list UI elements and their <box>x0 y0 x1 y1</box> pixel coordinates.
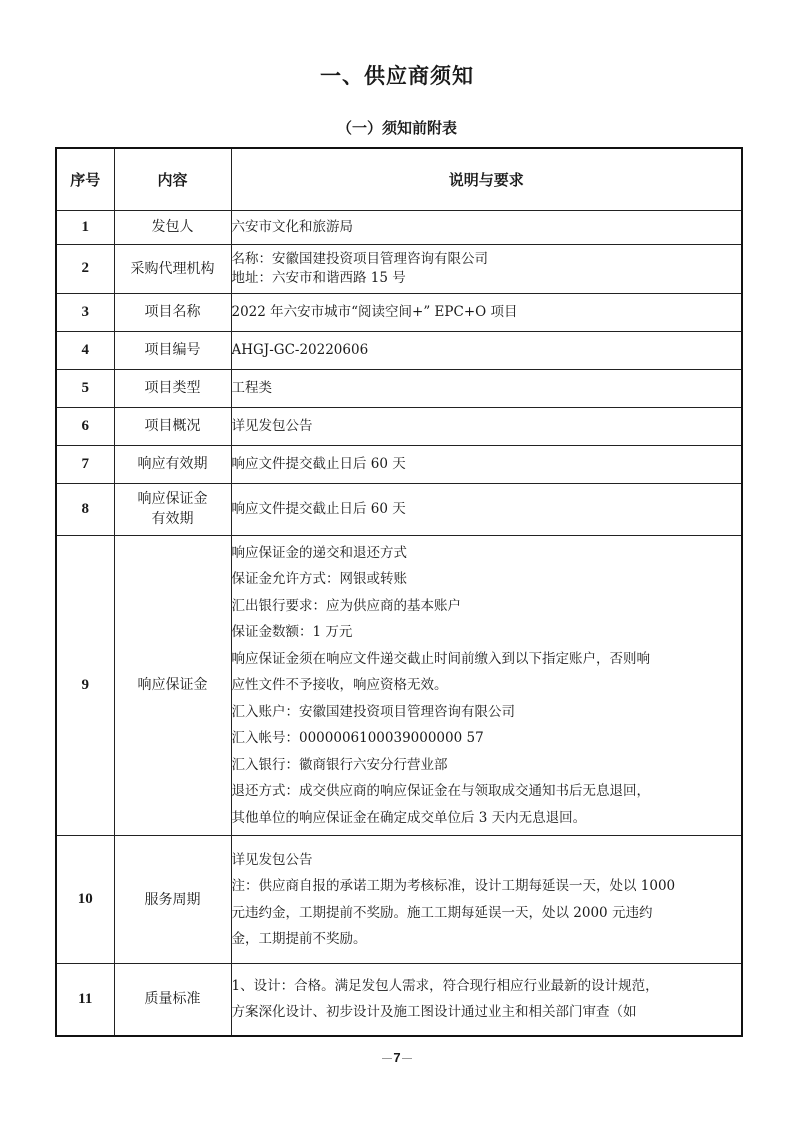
header-item: 内容 <box>114 148 231 210</box>
row-item-text: 响应有效期 <box>115 454 231 474</box>
row-desc-line: 汇入银行：徽商银行六安分行营业部 <box>232 752 742 779</box>
row-desc-line: 地址：六安市和谐西路 15 号 <box>232 269 742 288</box>
row-desc-line: AHGJ-GC-20220606 <box>232 341 742 360</box>
row-desc-line: 汇入账户：安徽国建投资项目管理咨询有限公司 <box>232 699 742 726</box>
row-desc: 响应文件提交截止日后 60 天 <box>231 483 742 535</box>
row-item: 响应有效期 <box>114 445 231 483</box>
row-desc-line: 保证金允许方式：网银或转账 <box>232 566 742 593</box>
row-item: 响应保证金 有效期 <box>114 483 231 535</box>
table-row: 5 项目类型 工程类 <box>56 369 742 407</box>
row-desc-line: 金，工期提前不奖励。 <box>232 926 742 953</box>
row-item: 项目概况 <box>114 407 231 445</box>
row-desc-line: 保证金数额：1 万元 <box>232 619 742 646</box>
row-desc-line: 详见发包公告 <box>232 847 742 874</box>
row-desc: 2022 年六安市城市“阅读空间+” EPC+O 项目 <box>231 293 742 331</box>
table-row: 6 项目概况 详见发包公告 <box>56 407 742 445</box>
row-desc: 六安市文化和旅游局 <box>231 210 742 244</box>
row-desc-line: 响应文件提交截止日后 60 天 <box>232 500 742 519</box>
page-number-text: 7 <box>393 1050 400 1065</box>
row-item: 质量标准 <box>114 964 231 1036</box>
row-item-text: 服务周期 <box>115 890 231 910</box>
row-item: 发包人 <box>114 210 231 244</box>
document-title: 一、供应商须知 <box>0 60 794 90</box>
row-item-text: 项目编号 <box>115 340 231 360</box>
row-desc-line: 响应保证金的递交和退还方式 <box>232 540 742 567</box>
row-desc-line: 1、设计：合格。满足发包人需求，符合现行相应行业最新的设计规范， <box>232 973 742 1000</box>
page-number: 7 <box>0 1050 794 1065</box>
row-desc-line: 汇入帐号：0000006100039000000 57 <box>232 725 742 752</box>
table-row: 2 采购代理机构 名称：安徽国建投资项目管理咨询有限公司 地址：六安市和谐西路 … <box>56 244 742 293</box>
row-desc: 名称：安徽国建投资项目管理咨询有限公司 地址：六安市和谐西路 15 号 <box>231 244 742 293</box>
row-item: 项目类型 <box>114 369 231 407</box>
row-desc: 详见发包公告 <box>231 407 742 445</box>
row-desc: 响应保证金的递交和退还方式 保证金允许方式：网银或转账 汇出银行要求：应为供应商… <box>231 535 742 836</box>
row-desc-line: 工程类 <box>232 379 742 398</box>
row-desc-line: 详见发包公告 <box>232 417 742 436</box>
row-desc-line: 响应文件提交截止日后 60 天 <box>232 455 742 474</box>
row-seq: 2 <box>56 244 114 293</box>
table-row: 10 服务周期 详见发包公告 注：供应商自报的承诺工期为考核标准，设计工期每延误… <box>56 836 742 964</box>
row-desc-line: 其他单位的响应保证金在确定成交单位后 3 天内无息退回。 <box>232 805 742 832</box>
row-seq: 5 <box>56 369 114 407</box>
row-item: 项目名称 <box>114 293 231 331</box>
row-desc-line: 六安市文化和旅游局 <box>232 218 742 237</box>
row-item-text: 发包人 <box>115 217 231 237</box>
table-row: 4 项目编号 AHGJ-GC-20220606 <box>56 331 742 369</box>
row-item-text: 响应保证金 <box>115 489 231 509</box>
table-row: 3 项目名称 2022 年六安市城市“阅读空间+” EPC+O 项目 <box>56 293 742 331</box>
row-seq: 11 <box>56 964 114 1036</box>
row-desc-line: 退还方式：成交供应商的响应保证金在与领取成交通知书后无息退回， <box>232 778 742 805</box>
table-row: 11 质量标准 1、设计：合格。满足发包人需求，符合现行相应行业最新的设计规范，… <box>56 964 742 1036</box>
row-desc-line: 响应保证金须在响应文件递交截止时间前缴入到以下指定账户，否则响 <box>232 646 742 673</box>
row-item: 采购代理机构 <box>114 244 231 293</box>
row-desc-line: 汇出银行要求：应为供应商的基本账户 <box>232 593 742 620</box>
row-seq: 1 <box>56 210 114 244</box>
row-seq: 4 <box>56 331 114 369</box>
requirements-table: 序号 内容 说明与要求 1 发包人 六安市文化和旅游局 2 采购代理机构 名称：… <box>55 147 743 1037</box>
row-desc-line: 2022 年六安市城市“阅读空间+” EPC+O 项目 <box>232 303 742 322</box>
row-desc: 详见发包公告 注：供应商自报的承诺工期为考核标准，设计工期每延误一天，处以 10… <box>231 836 742 964</box>
header-seq: 序号 <box>56 148 114 210</box>
row-seq: 3 <box>56 293 114 331</box>
page-number-dash-right <box>402 1058 412 1059</box>
page-number-dash-left <box>382 1058 392 1059</box>
row-seq: 7 <box>56 445 114 483</box>
row-desc-line: 元违约金，工期提前不奖励。施工工期每延误一天，处以 2000 元违约 <box>232 900 742 927</box>
table-row: 9 响应保证金 响应保证金的递交和退还方式 保证金允许方式：网银或转账 汇出银行… <box>56 535 742 836</box>
row-desc-line: 方案深化设计、初步设计及施工图设计通过业主和相关部门审查（如 <box>232 999 742 1026</box>
row-item-text: 项目概况 <box>115 416 231 436</box>
header-desc: 说明与要求 <box>231 148 742 210</box>
table-row: 7 响应有效期 响应文件提交截止日后 60 天 <box>56 445 742 483</box>
row-desc: 工程类 <box>231 369 742 407</box>
row-item-text: 项目名称 <box>115 302 231 322</box>
row-desc: 响应文件提交截止日后 60 天 <box>231 445 742 483</box>
row-item: 项目编号 <box>114 331 231 369</box>
row-item: 服务周期 <box>114 836 231 964</box>
row-desc-line: 应性文件不予接收，响应资格无效。 <box>232 672 742 699</box>
row-seq: 9 <box>56 535 114 836</box>
table-header-row: 序号 内容 说明与要求 <box>56 148 742 210</box>
row-seq: 8 <box>56 483 114 535</box>
row-item-text: 项目类型 <box>115 378 231 398</box>
row-desc: AHGJ-GC-20220606 <box>231 331 742 369</box>
row-item-text: 响应保证金 <box>115 675 231 695</box>
table-row: 1 发包人 六安市文化和旅游局 <box>56 210 742 244</box>
row-item-text: 质量标准 <box>115 989 231 1009</box>
row-desc-line: 名称：安徽国建投资项目管理咨询有限公司 <box>232 250 742 269</box>
row-desc-line: 注：供应商自报的承诺工期为考核标准，设计工期每延误一天，处以 1000 <box>232 873 742 900</box>
row-item-text: 采购代理机构 <box>115 259 231 279</box>
table-caption: （一）须知前附表 <box>0 117 794 138</box>
row-desc: 1、设计：合格。满足发包人需求，符合现行相应行业最新的设计规范， 方案深化设计、… <box>231 964 742 1036</box>
row-seq: 10 <box>56 836 114 964</box>
row-item: 响应保证金 <box>114 535 231 836</box>
row-item-text: 有效期 <box>115 509 231 529</box>
row-seq: 6 <box>56 407 114 445</box>
table-row: 8 响应保证金 有效期 响应文件提交截止日后 60 天 <box>56 483 742 535</box>
